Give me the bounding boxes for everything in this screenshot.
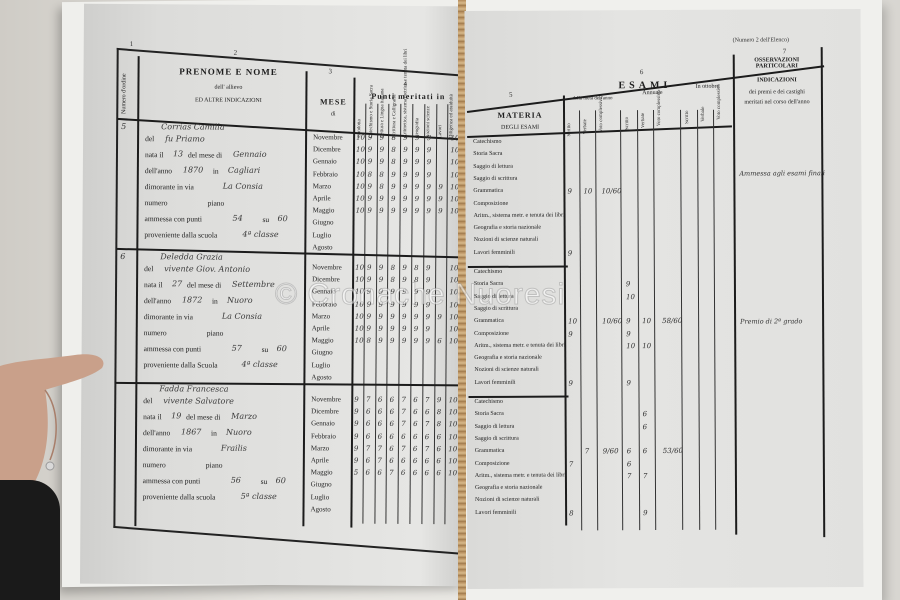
school: 4ª classe xyxy=(241,360,277,369)
score-cell: 9 xyxy=(438,195,443,203)
score-cell: 6 xyxy=(389,445,394,453)
score-cell: 10 xyxy=(448,445,457,453)
score-cell: 8 xyxy=(379,170,384,178)
admitted-points: 56 xyxy=(231,476,241,485)
exam-mark: 9 xyxy=(643,509,648,517)
header-order-number: Numero d'ordine xyxy=(121,64,127,114)
score-cell: 9 xyxy=(378,313,383,321)
score-cell: 9 xyxy=(415,183,420,191)
score-cell: 9 xyxy=(403,134,408,142)
score-cell: 10 xyxy=(356,134,365,142)
score-cell: 9 xyxy=(415,195,420,203)
score-cell: 9 xyxy=(391,195,396,203)
score-cell: 9 xyxy=(415,207,420,215)
exam-subject: Composizione xyxy=(474,330,509,336)
school-label: proveniente dalla scuola xyxy=(143,492,216,502)
exam-subject: Aritm., sistema metr. e tenuta dei libri xyxy=(475,472,566,478)
score-cell: 7 xyxy=(401,396,406,404)
column-number: 6 xyxy=(640,68,644,76)
out-of-label: su xyxy=(262,215,269,224)
born-label: nata il xyxy=(143,412,162,421)
score-cell: 9 xyxy=(415,171,420,179)
number-label: numero xyxy=(143,460,166,469)
score-cell: 10 xyxy=(356,182,365,190)
born-label: nata il xyxy=(145,150,164,159)
exam-mark: 9 xyxy=(567,188,572,196)
exam-mark: 10 xyxy=(583,188,592,196)
score-cell: 8 xyxy=(368,170,373,178)
score-cell: 9 xyxy=(426,325,431,333)
month-label: Novembre xyxy=(312,263,342,271)
year-label: dell'anno xyxy=(143,428,170,437)
exam-subject: Grammatica xyxy=(473,188,503,194)
score-cell: 9 xyxy=(402,313,407,321)
month-label: Maggio xyxy=(313,206,335,214)
score-cell: 9 xyxy=(426,195,431,203)
exam-mark: 10 xyxy=(642,342,651,350)
score-cell: 9 xyxy=(427,146,432,154)
father: vivente Salvatore xyxy=(163,396,234,405)
school-label: proveniente dalla scuola xyxy=(144,230,217,240)
exam-subject: Geografia e storia nazionale xyxy=(475,485,542,491)
header-month: MESE xyxy=(308,97,358,106)
born-year: 1867 xyxy=(181,427,201,436)
exam-subject: Saggio di scrittura xyxy=(473,176,517,182)
month-label: Maggio xyxy=(311,468,333,476)
born-place: Nuoro xyxy=(226,428,252,437)
score-cell: 6 xyxy=(378,396,383,404)
score-cell: 10 xyxy=(355,325,364,333)
column-number: 5 xyxy=(509,91,513,99)
score-cell: 10 xyxy=(449,337,458,345)
score-cell: 9 xyxy=(367,207,372,215)
score-cell: 9 xyxy=(402,325,407,333)
score-cell: 7 xyxy=(401,420,406,428)
name: Corrias Camilla xyxy=(161,122,225,131)
score-cell: 6 xyxy=(425,469,430,477)
order-number: 5 xyxy=(121,122,126,131)
score-cell: 9 xyxy=(403,146,408,154)
month-label: Giugno xyxy=(312,219,333,227)
street: La Consia xyxy=(222,312,262,321)
residence-label: dimorante in via xyxy=(143,444,192,453)
exam-subject: Storia Sacra xyxy=(473,151,502,157)
score-cell: 6 xyxy=(425,457,430,465)
born-day: 27 xyxy=(172,279,182,288)
score-cell: 9 xyxy=(403,171,408,179)
exam-subcolumn-header: Voto complessivo xyxy=(657,108,662,126)
admitted-label: ammessa con punti xyxy=(143,476,201,485)
score-cell: 9 xyxy=(379,264,384,272)
score-cell: 9 xyxy=(426,264,431,272)
exam-mark: 6 xyxy=(643,410,648,418)
exam-mark: 7 xyxy=(643,472,648,480)
school-label: proveniente dalla Scuola xyxy=(143,360,217,370)
month-label: Aprile xyxy=(312,324,330,332)
exam-subject: Geografia e storia nazionale xyxy=(474,225,541,231)
score-cell: 8 xyxy=(366,337,371,345)
month-label: Marzo xyxy=(311,444,329,452)
month-label: Novembre xyxy=(313,133,343,141)
score-cell: 6 xyxy=(436,469,441,477)
exam-group-annual: Annuale xyxy=(625,90,680,96)
header-subject: MATERIA xyxy=(485,111,555,120)
name: Deledda Grazia xyxy=(160,252,223,261)
score-cell: 6 xyxy=(366,457,371,465)
score-cell: 10 xyxy=(449,408,458,416)
exam-mark: 7 xyxy=(585,448,590,456)
month-label: Marzo xyxy=(312,312,330,320)
month-label: Agosto xyxy=(311,373,331,381)
score-cell: 6 xyxy=(366,408,371,416)
out-of-label: su xyxy=(261,477,268,486)
exam-subject: Saggio di lettura xyxy=(473,163,513,169)
year-label: dell'anno xyxy=(145,166,172,175)
score-cell: 8 xyxy=(391,146,396,154)
score-cell: 10 xyxy=(356,170,365,178)
score-cell: 6 xyxy=(390,396,395,404)
admitted-label: ammessa con punti xyxy=(144,344,202,353)
score-cell: 10 xyxy=(448,469,457,477)
score-cell: 6 xyxy=(401,457,406,465)
in-label: in xyxy=(211,429,217,438)
score-cell: 6 xyxy=(413,420,418,428)
score-cell: 9 xyxy=(380,134,385,142)
score-cell: 6 xyxy=(377,469,382,477)
score-cell: 6 xyxy=(401,433,406,441)
score-cell: 6 xyxy=(389,457,394,465)
score-cell: 9 xyxy=(427,158,432,166)
month-label: Giugno xyxy=(312,349,333,357)
exam-subject: Composizione xyxy=(473,200,508,206)
score-cell: 6 xyxy=(366,420,371,428)
born-label: nata il xyxy=(144,280,163,289)
born-day: 13 xyxy=(173,149,183,158)
month-label: Maggio xyxy=(312,336,334,344)
score-cell: 6 xyxy=(425,408,430,416)
floor-label: piano xyxy=(206,461,223,470)
score-cell: 6 xyxy=(413,433,418,441)
score-cell: 6 xyxy=(378,408,383,416)
score-cell: 9 xyxy=(367,325,372,333)
exam-subject: Catechismo xyxy=(474,269,502,275)
header-name-sub: dell' allievo xyxy=(143,84,313,91)
header-subject-sub: DEGLI ESAMI xyxy=(485,125,555,131)
exam-subject: Catechismo xyxy=(473,139,501,145)
month-label: del mese di xyxy=(186,412,220,421)
exam-subcolumn-header: Scritto xyxy=(685,106,690,124)
exam-subject: Lavori femminili xyxy=(474,249,515,255)
score-cell: 10 xyxy=(355,264,364,272)
exam-subject: Nozioni di scienze naturali xyxy=(474,367,539,373)
born-place: Cagliari xyxy=(228,166,260,175)
month-label: Aprile xyxy=(311,456,329,464)
score-cell: 9 xyxy=(354,396,359,404)
score-cell: 9 xyxy=(391,207,396,215)
exam-mark: 10 xyxy=(642,317,651,325)
score-cell: 9 xyxy=(354,408,359,416)
month-label: Aprile xyxy=(313,194,331,202)
score-cell: 10 xyxy=(449,325,458,333)
score-cell: 9 xyxy=(380,146,385,154)
born-month: Marzo xyxy=(231,412,257,421)
score-cell: 9 xyxy=(391,170,396,178)
score-cell: 6 xyxy=(378,432,383,440)
born-year: 1870 xyxy=(183,165,203,174)
exam-mark: 7 xyxy=(569,460,574,468)
score-cell: 6 xyxy=(366,432,371,440)
header-name-title: PRENOME E NOME xyxy=(144,66,314,77)
exam-subject: Aritm., sistema metr. e tenuta dei libri xyxy=(474,342,565,348)
score-cell: 9 xyxy=(391,183,396,191)
score-cell: 9 xyxy=(437,396,442,404)
column-number: 7 xyxy=(783,47,787,55)
exam-subject: Saggio di lettura xyxy=(475,423,515,429)
score-cell: 9 xyxy=(379,195,384,203)
street: La Consia xyxy=(223,182,263,191)
month-label: del mese di xyxy=(187,280,221,289)
born-day: 19 xyxy=(171,411,181,420)
school: 4ª classe xyxy=(242,230,278,239)
born-month: Gennaio xyxy=(233,150,267,159)
exam-subcolumn-header: Voto complessivo xyxy=(717,102,722,120)
score-cell: 10 xyxy=(449,313,458,321)
points-column-header: Lavori xyxy=(438,106,443,138)
father: fu Priamo xyxy=(165,134,205,143)
score-cell: 7 xyxy=(425,420,430,428)
score-cell: 6 xyxy=(390,408,395,416)
month-label: Febbraio xyxy=(313,170,338,178)
score-cell: 9 xyxy=(438,207,443,215)
month-label: Novembre xyxy=(311,395,341,403)
admitted-points: 54 xyxy=(233,214,243,223)
score-cell: 9 xyxy=(427,171,432,179)
exam-mark: 6 xyxy=(627,447,632,455)
exam-group-october: In ottobre xyxy=(680,84,735,90)
score-cell: 9 xyxy=(390,313,395,321)
exam-mark: 9/60 xyxy=(603,447,619,455)
score-cell: 8 xyxy=(437,421,442,429)
score-cell: 9 xyxy=(379,158,384,166)
exam-mark: 8 xyxy=(569,509,574,517)
header-awards-period: meritati nel corso dell'anno xyxy=(737,99,817,105)
floor-label: piano xyxy=(207,329,224,338)
score-cell: 10 xyxy=(448,433,457,441)
header-observations: OSSERVAZIONI PARTICOLARI xyxy=(737,57,817,69)
score-cell: 9 xyxy=(403,183,408,191)
score-cell: 9 xyxy=(427,183,432,191)
score-cell: 9 xyxy=(379,207,384,215)
exam-group-midyear: della metà dell'anno xyxy=(565,96,620,101)
score-cell: 9 xyxy=(425,337,430,345)
exam-subject: Grammatica xyxy=(475,448,505,454)
born-place: Nuoro xyxy=(227,296,253,305)
exam-mark: 10 xyxy=(626,342,635,350)
score-cell: 9 xyxy=(415,134,420,142)
header-month-sub: di xyxy=(308,111,358,117)
score-cell: 7 xyxy=(425,396,430,404)
observation-note: Ammessa agli esami finali xyxy=(739,169,825,177)
score-cell: 6 xyxy=(366,469,371,477)
score-cell: 6 xyxy=(413,445,418,453)
sleeve xyxy=(0,480,60,600)
exam-subcolumn-header: Verbale xyxy=(701,104,706,122)
month-label: Luglio xyxy=(312,231,331,239)
column-number: 2 xyxy=(234,49,238,57)
floor-label: piano xyxy=(208,199,225,208)
score-cell: 9 xyxy=(437,313,442,321)
exam-subject: Lavori femminili xyxy=(474,379,515,385)
score-cell: 9 xyxy=(402,264,407,272)
out-of: 60 xyxy=(276,476,286,485)
exam-mark: 9 xyxy=(568,330,573,338)
score-cell: 7 xyxy=(377,445,382,453)
score-cell: 9 xyxy=(354,444,359,452)
score-cell: 6 xyxy=(413,396,418,404)
exam-mark: 9 xyxy=(626,317,631,325)
score-cell: 10 xyxy=(355,337,364,345)
exam-mark: 6 xyxy=(643,423,648,431)
exam-subject: Geografia e storia nazionale xyxy=(474,355,541,361)
score-cell: 9 xyxy=(367,264,372,272)
month-label: Agosto xyxy=(312,243,332,251)
score-cell: 10 xyxy=(448,421,457,429)
score-cell: 7 xyxy=(377,457,382,465)
name: Fadda Francesca xyxy=(159,384,228,393)
order-number: 6 xyxy=(120,252,125,261)
father-label: del xyxy=(143,396,152,405)
exam-subject: Grammatica xyxy=(474,318,504,324)
score-cell: 7 xyxy=(389,469,394,477)
score-cell: 9 xyxy=(414,325,419,333)
born-year: 1872 xyxy=(182,295,202,304)
list-number-note: (Numero 2 dell'Elenco) xyxy=(733,37,789,43)
exam-mark: 9 xyxy=(626,379,631,387)
score-cell: 7 xyxy=(425,445,430,453)
score-cell: 10 xyxy=(448,457,457,465)
month-label: Gennaio xyxy=(313,158,337,166)
score-cell: 8 xyxy=(437,408,442,416)
exam-mark: 10/60 xyxy=(602,317,622,325)
admitted-label: ammessa con punti xyxy=(144,214,202,223)
admitted-points: 57 xyxy=(232,344,242,353)
exam-subject: Nozioni di scienze naturali xyxy=(474,237,539,243)
score-cell: 9 xyxy=(414,337,419,345)
score-cell: 9 xyxy=(390,337,395,345)
month-label: Dicembre xyxy=(313,145,341,153)
score-cell: 5 xyxy=(354,469,359,477)
score-cell: 9 xyxy=(414,313,419,321)
exam-mark: 7 xyxy=(627,472,632,480)
column-number: 1 xyxy=(130,40,134,48)
score-cell: 6 xyxy=(437,433,442,441)
exam-subcolumn-header: Scritto xyxy=(625,112,630,130)
score-cell: 7 xyxy=(366,444,371,452)
year-label: dell'anno xyxy=(144,296,171,305)
exam-mark: 9 xyxy=(626,330,631,338)
score-cell: 9 xyxy=(368,182,373,190)
exam-subject: Aritm., sistema metr. e tenuta dei libri xyxy=(474,212,565,218)
score-cell: 8 xyxy=(391,264,396,272)
street: Frailis xyxy=(221,444,247,453)
score-cell: 6 xyxy=(413,457,418,465)
score-cell: 9 xyxy=(368,146,373,154)
score-cell: 10 xyxy=(356,195,365,203)
score-cell: 9 xyxy=(367,195,372,203)
score-cell: 7 xyxy=(401,445,406,453)
in-label: in xyxy=(212,297,218,306)
score-cell: 9 xyxy=(354,432,359,440)
score-cell: 6 xyxy=(413,469,418,477)
score-cell: 8 xyxy=(414,264,419,272)
exam-subject: Storia Sacra xyxy=(475,411,504,417)
residence-label: dimorante in via xyxy=(144,312,193,321)
score-cell: 9 xyxy=(354,457,359,465)
score-cell: 6 xyxy=(425,433,430,441)
score-cell: 10 xyxy=(356,207,365,215)
score-cell: 9 xyxy=(378,325,383,333)
score-cell: 6 xyxy=(401,469,406,477)
exam-subject: Saggio di scrittura xyxy=(475,436,519,442)
month-label: Febbraio xyxy=(311,432,336,440)
score-cell: 9 xyxy=(415,146,420,154)
score-cell: 8 xyxy=(379,183,384,191)
number-label: numero xyxy=(144,328,167,337)
exam-subject: Catechismo xyxy=(475,399,503,405)
exam-subcolumn-header: Verbale xyxy=(641,110,646,128)
exam-subject: Composizione xyxy=(475,460,510,466)
score-cell: 8 xyxy=(391,134,396,142)
watermark: © Cronache Nuoresi xyxy=(275,278,565,312)
score-cell: 9 xyxy=(367,312,372,320)
score-cell: 7 xyxy=(366,396,371,404)
score-cell: 9 xyxy=(354,420,359,428)
out-of-label: su xyxy=(262,345,269,354)
score-cell: 9 xyxy=(368,134,373,142)
score-cell: 7 xyxy=(401,408,406,416)
out-of: 60 xyxy=(277,344,287,353)
score-cell: 9 xyxy=(403,158,408,166)
observation-note: Premio di 2º grado xyxy=(740,317,802,325)
month-label: Luglio xyxy=(311,361,330,369)
score-cell: 9 xyxy=(390,325,395,333)
exam-mark: 10 xyxy=(626,293,635,301)
header-indications: INDICAZIONI xyxy=(737,77,817,83)
score-cell: 8 xyxy=(391,158,396,166)
exam-subject: Lavori femminili xyxy=(475,509,516,515)
score-cell: 6 xyxy=(389,420,394,428)
score-cell: 6 xyxy=(413,408,418,416)
score-cell: 10 xyxy=(356,146,365,154)
score-cell: 6 xyxy=(437,337,442,345)
score-cell: 6 xyxy=(389,432,394,440)
score-cell: 9 xyxy=(368,158,373,166)
score-cell: 10 xyxy=(356,158,365,166)
number-label: numero xyxy=(145,198,168,207)
exam-subject: Nozioni di scienze naturali xyxy=(475,497,540,503)
score-cell: 9 xyxy=(403,207,408,215)
school: 5ª classe xyxy=(241,492,277,501)
score-cell: 9 xyxy=(403,195,408,203)
month-label: Luglio xyxy=(311,493,330,501)
score-cell: 10 xyxy=(355,312,364,320)
score-cell: 9 xyxy=(378,337,383,345)
in-label: in xyxy=(213,167,219,176)
month-label: Marzo xyxy=(313,182,331,190)
month-label: Gennaio xyxy=(311,420,335,428)
out-of: 60 xyxy=(278,214,288,223)
father-label: del xyxy=(145,134,154,143)
